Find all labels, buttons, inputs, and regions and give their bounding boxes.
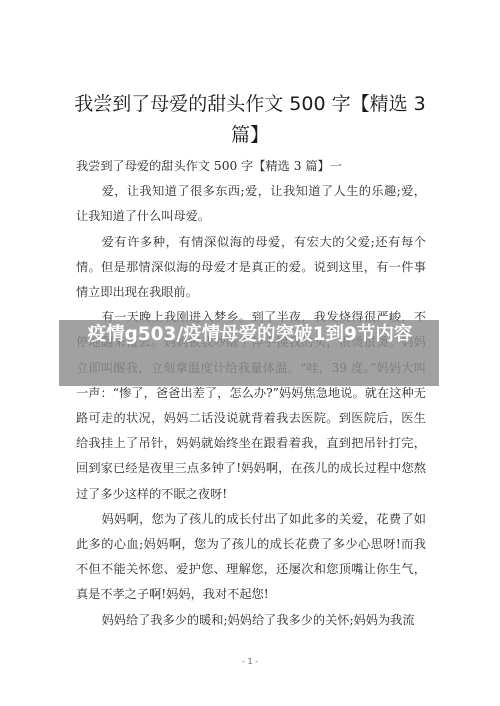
paragraph: 爱有许多种，有情深似海的母爱，有宏大的父爱;还有每个情。但是那情深似海的母爱才是…: [76, 230, 426, 306]
document-title: 我尝到了母爱的甜头作文 500 字【精选 3 篇】: [70, 89, 430, 151]
page-number: - 1 -: [0, 657, 500, 666]
caption-overlay-text: 疫情g503/疫情母爱的突破1到9节内容: [62, 323, 438, 347]
paragraph: 妈妈啊，您为了孩儿的成长付出了如此多的关爱，花费了如此多的心血;妈妈啊，您为了孩…: [76, 507, 426, 608]
document-body: 我尝到了母爱的甜头作文 500 字【精选 3 篇】一 爱，让我知道了很多东西;爱…: [76, 154, 426, 633]
paragraph: 爱，让我知道了很多东西;爱，让我知道了人生的乐趣;爱，让我知道了什么叫母爱。: [76, 179, 426, 229]
paragraph-heading-line: 我尝到了母爱的甜头作文 500 字【精选 3 篇】一: [76, 154, 426, 179]
paragraph: 妈妈给了我多少的暖和;妈妈给了我多少的关怀;妈妈为我流: [76, 608, 426, 633]
